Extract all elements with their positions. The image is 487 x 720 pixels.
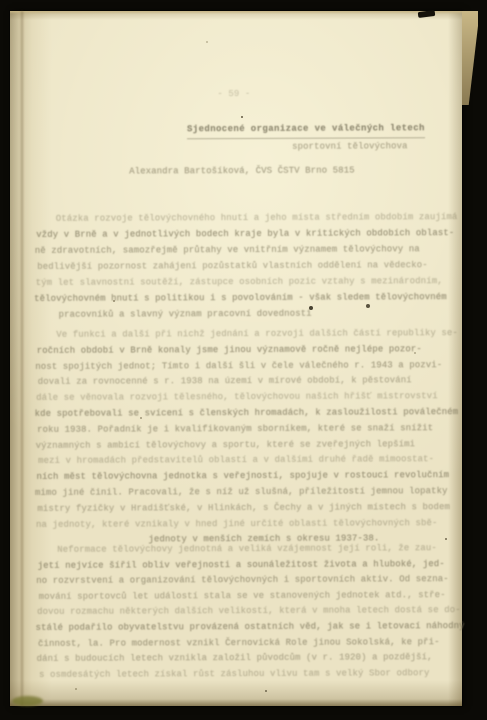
text-line: roku 1938. Pořadník je i kvalifikovaným …	[37, 420, 463, 438]
text-line: tým let slavnostní soutěží, zástupce oso…	[36, 273, 462, 291]
text-line: dovali za rovnocenné s r. 1938 na území …	[38, 372, 464, 390]
text-line: tělovýchovném hnutí s politikou i s povo…	[34, 289, 460, 307]
text-line: významných s ambicí tělovýchovy a sportu…	[36, 436, 462, 454]
text-line: činnost, la. Pro modernost vznikl Černov…	[38, 634, 464, 651]
text-line: bedlivější pozornost zahájení pozůstatků…	[37, 257, 463, 275]
paper-sheet: - 59 - Sjednocené organizace ve válečnýc…	[10, 11, 462, 706]
text-line: ně zdravotních, samozřejmě průtahy ve vn…	[35, 241, 461, 259]
text-line: vždy v Brně a v jednotlivých bodech kraj…	[36, 225, 462, 243]
text-line: jetí nejvíce šířil obliv veřejnosti a so…	[38, 556, 464, 573]
text-line: nost spojitých jednot; Tímto i další šli…	[35, 357, 461, 375]
text-line: na jednoty, které vznikaly v hned jiné u…	[36, 515, 462, 533]
text-line: Otázka rozvoje tělovýchovného hnutí a je…	[34, 209, 460, 227]
text-line: mimo jiné činil. Pracovali, že s níž už …	[35, 483, 461, 501]
text-line: dále se věnovala rozvoji tělesného, tělo…	[36, 388, 462, 406]
book-page-edges	[462, 11, 478, 105]
document-byline: Alexandra Bartošíková, ČVS ČSTV Brno 581…	[129, 163, 355, 180]
text-line: kde spotřebovali se svícení s členských …	[35, 404, 461, 422]
typewritten-text: - 59 - Sjednocené organizace ve válečnýc…	[34, 10, 463, 707]
paragraph-3: Neformace tělovýchovy jednotná a veliká …	[37, 540, 464, 682]
paragraph-1: Otázka rozvoje tělovýchovného hnutí a je…	[35, 209, 461, 323]
paragraph-2: Ve funkci a další při nichž jednání a ro…	[36, 325, 463, 548]
text-line: ročních období v Brně konaly jsme jinou …	[37, 341, 463, 359]
document-title: Sjednocené organizace ve válečných letec…	[187, 120, 425, 139]
text-line: dání s budoucích letech vznikla založil …	[36, 649, 462, 666]
text-line: dovou rozmachu některých dalších velikos…	[37, 602, 463, 619]
paper-specks	[10, 11, 12, 13]
scanned-book-page-photo: - 59 - Sjednocené organizace ve válečnýc…	[0, 0, 487, 720]
text-line: pracovníků a slavný význam pracovní dove…	[59, 305, 463, 323]
text-line: ních měst tělovýchovna jednotka s veřejn…	[36, 467, 462, 485]
text-line: Neformace tělovýchovy jednotná a veliká …	[35, 540, 461, 557]
text-line: mezi v hromadách představitelů oblastí a…	[38, 451, 464, 469]
page-number: - 59 -	[21, 85, 447, 103]
text-line: stálé podařilo obyvatelstvu provázená os…	[36, 618, 462, 635]
document-subtitle: sportovní tělovýchova	[292, 138, 408, 155]
text-line: no rozvrstvení a organizování tělovýchov…	[36, 571, 462, 588]
text-line: mování sportovců let událostí stala se v…	[39, 587, 465, 604]
text-line: mistry fyzičky v Hradišťské, v Hlinkách,…	[37, 499, 463, 517]
text-line: s osmdesátých letech získal růst zásluho…	[39, 665, 465, 682]
gutter-crease	[21, 11, 23, 706]
text-line: Ve funkci a další při nichž jednání a ro…	[34, 325, 460, 343]
